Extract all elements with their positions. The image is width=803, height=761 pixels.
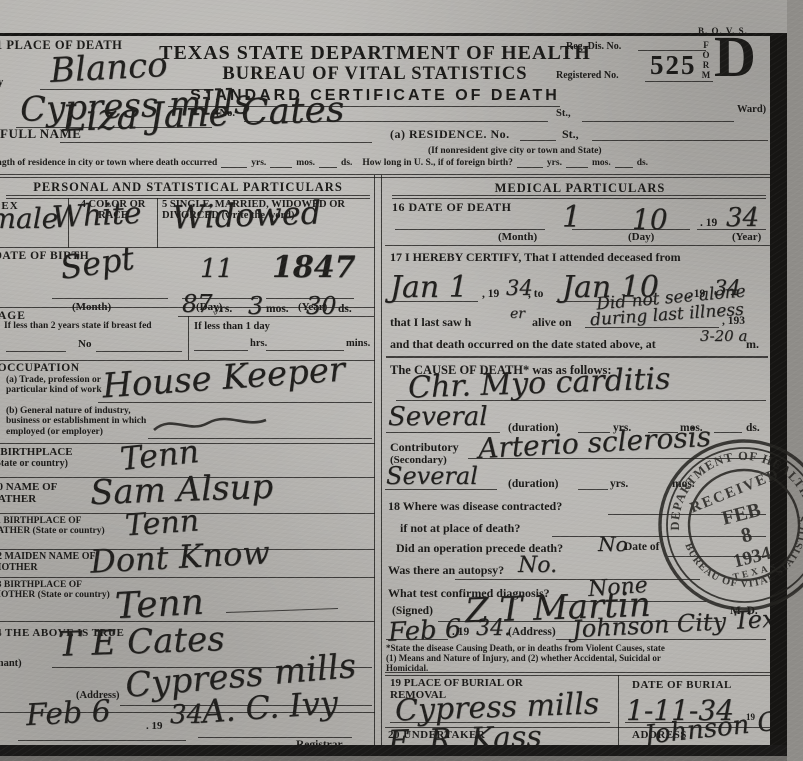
registrar-line — [198, 737, 352, 738]
informant-caption: (Informant) — [0, 658, 22, 669]
color-value-handwriting: White — [51, 196, 142, 236]
registered-no-value: 525 — [650, 50, 697, 81]
breastfed-line-2 — [96, 351, 182, 352]
dod-day-line — [572, 229, 690, 230]
length-yrs2-cap: yrs. — [547, 158, 562, 168]
certify-label: 17 I HEREBY CERTIFY, That I attended dec… — [390, 250, 681, 265]
residence-no-line — [520, 140, 556, 141]
length-yrs2-line — [517, 158, 543, 168]
columns-top-rule-1 — [0, 174, 770, 175]
mother-maiden-label: 12 MAIDEN NAME OF MOTHER — [0, 552, 102, 574]
marital-value-handwriting: Widowed — [171, 193, 321, 236]
full-name-handwriting: Liza Jane Cates — [61, 89, 345, 140]
footnote-line2: (1) Means and Nature of Injury, and (2) … — [386, 653, 661, 663]
right-header-rule-1 — [392, 195, 766, 196]
reg-dis-no-label: Reg. Dis. No. — [566, 41, 621, 52]
cause-line — [396, 400, 766, 401]
county-label: County — [0, 77, 3, 88]
length-yrs-cap: yrs. — [251, 158, 266, 168]
contrib-duration-line — [385, 489, 497, 490]
length-text1: Length of residence in city or town wher… — [0, 158, 217, 168]
footnote-line1: *State the disease Causing Death, or in … — [386, 643, 665, 653]
ward-label: Ward) — [737, 104, 766, 115]
duration2-caption: (duration) — [508, 478, 558, 490]
occupation-a-line — [98, 402, 372, 403]
last-saw-er-handwriting: er — [510, 306, 525, 322]
row8-bottom-rule — [0, 577, 375, 578]
column-divider-2 — [381, 175, 382, 745]
date-of-death-label: 16 DATE OF DEATH — [392, 200, 511, 215]
dob-day-handwriting: 11 — [200, 254, 233, 284]
street-line — [582, 121, 734, 122]
age-ds-caption: ds. — [338, 303, 352, 315]
father-birthplace-label: 11 BIRTHPLACE OF FATHER (State or countr… — [0, 516, 108, 537]
residence-length-row: Length of residence in city or town wher… — [0, 158, 648, 168]
autopsy-label: Was there an autopsy? — [388, 563, 504, 578]
length-mos2-line — [566, 158, 588, 168]
sign-19-label: . 19 — [452, 626, 469, 638]
header-title-line2: BUREAU OF VITAL STATISTICS — [140, 64, 610, 85]
duration-ds-line — [714, 432, 742, 433]
from-19-label: , 19 — [482, 288, 499, 300]
mins-caption: mins. — [346, 338, 370, 349]
length-mos-line — [270, 158, 292, 168]
birthplace-caption: (State or country) — [0, 458, 68, 469]
registrar-signature-handwriting: A. C. Ivy — [201, 683, 339, 730]
alive-on-label: alive on — [532, 315, 572, 330]
attended-from-handwriting: Jan 1 — [390, 270, 468, 305]
dod-19-label: . 19 — [700, 217, 717, 229]
residence-st-line — [592, 140, 768, 141]
column-divider-1 — [374, 175, 375, 745]
mother-maiden-handwriting: Dont Know — [89, 533, 270, 580]
length-yrs-line — [221, 158, 247, 168]
dob-year-handwriting: 1847 — [272, 250, 356, 285]
dod-bottom-rule — [385, 245, 770, 246]
dod-month-caption: (Month) — [498, 231, 537, 243]
last-saw-label: that I last saw h — [390, 315, 471, 330]
sign-year-handwriting: 34. — [476, 616, 511, 641]
breastfed-label: If less than 2 years state if breast fed — [4, 321, 186, 331]
header-title-line1: TEXAS STATE DEPARTMENT OF HEALTH — [140, 42, 610, 65]
filed-19-label: . 19 — [146, 720, 163, 732]
duration2-yrs-caption: yrs. — [610, 478, 628, 490]
filed-line — [18, 740, 186, 741]
form-letter-d: D — [714, 28, 756, 86]
age-inner-divider — [188, 316, 189, 360]
columns-top-rule-2 — [0, 177, 770, 178]
to-label: , to — [528, 288, 543, 300]
row1-bottom-rule — [0, 247, 375, 248]
autopsy-value-handwriting: No. — [518, 553, 557, 578]
age-mos-caption: mos. — [266, 303, 289, 315]
length-ds2-cap: ds. — [637, 158, 648, 168]
occupation-b-label: (b) General nature of industry, business… — [6, 406, 161, 437]
length-ds-line — [319, 158, 337, 168]
nonresident-note: (If nonresident give city or town and St… — [428, 146, 602, 156]
last-saw-line — [585, 327, 719, 328]
attended-from-line — [386, 301, 478, 302]
right-section-header: MEDICAL PARTICULARS — [395, 181, 765, 196]
death-time-handwriting: 3-20 a — [700, 327, 747, 345]
length-mos-cap: mos. — [296, 158, 315, 168]
hrs-caption: hrs. — [250, 338, 267, 349]
right-border-band — [770, 36, 787, 748]
length-mos2-cap: mos. — [592, 158, 611, 168]
age-yrs-caption: yrs. — [214, 303, 232, 315]
mother-birthplace-label: 13 BIRTHPLACE OF MOTHER (State or countr… — [0, 580, 110, 601]
not-place-label: if not at place of death? — [400, 521, 520, 536]
scan-edge-bottom — [0, 756, 787, 761]
length-ds-cap: ds. — [341, 158, 352, 168]
age-line — [178, 316, 374, 317]
death-occurred-label: and that death occurred on the date stat… — [390, 337, 656, 352]
residence-st-label: St., — [562, 127, 579, 142]
death-time-m-label: m. — [746, 337, 759, 352]
duration2-yrs-line — [578, 489, 608, 490]
lessday-label: If less than 1 day — [194, 321, 270, 332]
registered-no-line — [645, 81, 713, 82]
occupation-a-handwriting: House Keeper — [101, 350, 346, 407]
county-value-handwriting: Blanco — [49, 45, 168, 91]
death-certificate-scan: TEXAS STATE DEPARTMENT OF HEALTH BUREAU … — [0, 0, 803, 761]
right-header-rule-2 — [392, 198, 766, 199]
q18-label: 18 Where was disease contracted? — [388, 499, 562, 514]
last-saw-19-label: , 193 — [722, 315, 745, 327]
occupation-label: 8 OCCUPATION — [0, 362, 80, 374]
burial-top-rule-2 — [385, 675, 770, 676]
dod-year-caption: (Year) — [732, 231, 761, 243]
father-name-label: 10 NAME OF FATHER — [0, 482, 88, 506]
breastfed-line-1 — [6, 351, 66, 352]
color-marital-divider — [157, 198, 158, 248]
top-border-rule — [0, 33, 788, 36]
filed-year-handwriting: 34 — [170, 700, 203, 730]
age-yrs-handwriting: 87 — [182, 290, 213, 318]
burial-date-label: DATE OF BURIAL — [632, 679, 732, 691]
sex-value-handwriting: Female — [0, 202, 58, 235]
dod-year-line — [697, 229, 766, 230]
contrib-duration-handwriting: Several — [386, 462, 478, 490]
autopsy-line — [455, 579, 700, 580]
full-name-line — [60, 142, 372, 143]
sign-date-line — [386, 639, 448, 640]
form-vertical-label: FORM — [701, 40, 710, 80]
date-of-label: Date of — [624, 541, 659, 553]
stamp-day-text: 8 — [738, 522, 754, 548]
registered-no-label: Registered No. — [556, 70, 619, 81]
dob-month-line — [52, 298, 168, 299]
dod-day-caption: (Day) — [628, 231, 654, 243]
sign-address-caption: (Address) — [508, 626, 556, 638]
filed-date-handwriting: Feb 6 — [25, 694, 111, 733]
cause-duration-handwriting: Several — [388, 402, 488, 432]
pen-tail-stroke — [226, 608, 338, 613]
death-occurred-rule — [386, 356, 768, 358]
hrs-line — [194, 350, 248, 351]
dod-month-line — [395, 229, 545, 230]
pen-squiggle — [150, 410, 270, 438]
breastfed-no-label: No — [78, 338, 91, 350]
st-label: St., — [556, 108, 571, 119]
residence-label: (a) RESIDENCE. No. — [390, 127, 510, 142]
length-ds2-line — [615, 158, 633, 168]
scan-edge-right — [787, 0, 803, 761]
burial-top-rule-1 — [385, 672, 770, 673]
birthplace-label: 9 BIRTHPLACE — [0, 446, 73, 458]
sign-address-line — [556, 639, 766, 640]
length-text2: How long in U. S., if of foreign birth? — [362, 158, 513, 168]
informant-handwriting: T E Cates — [57, 619, 225, 665]
contributory-label: Contributory — [390, 440, 459, 455]
